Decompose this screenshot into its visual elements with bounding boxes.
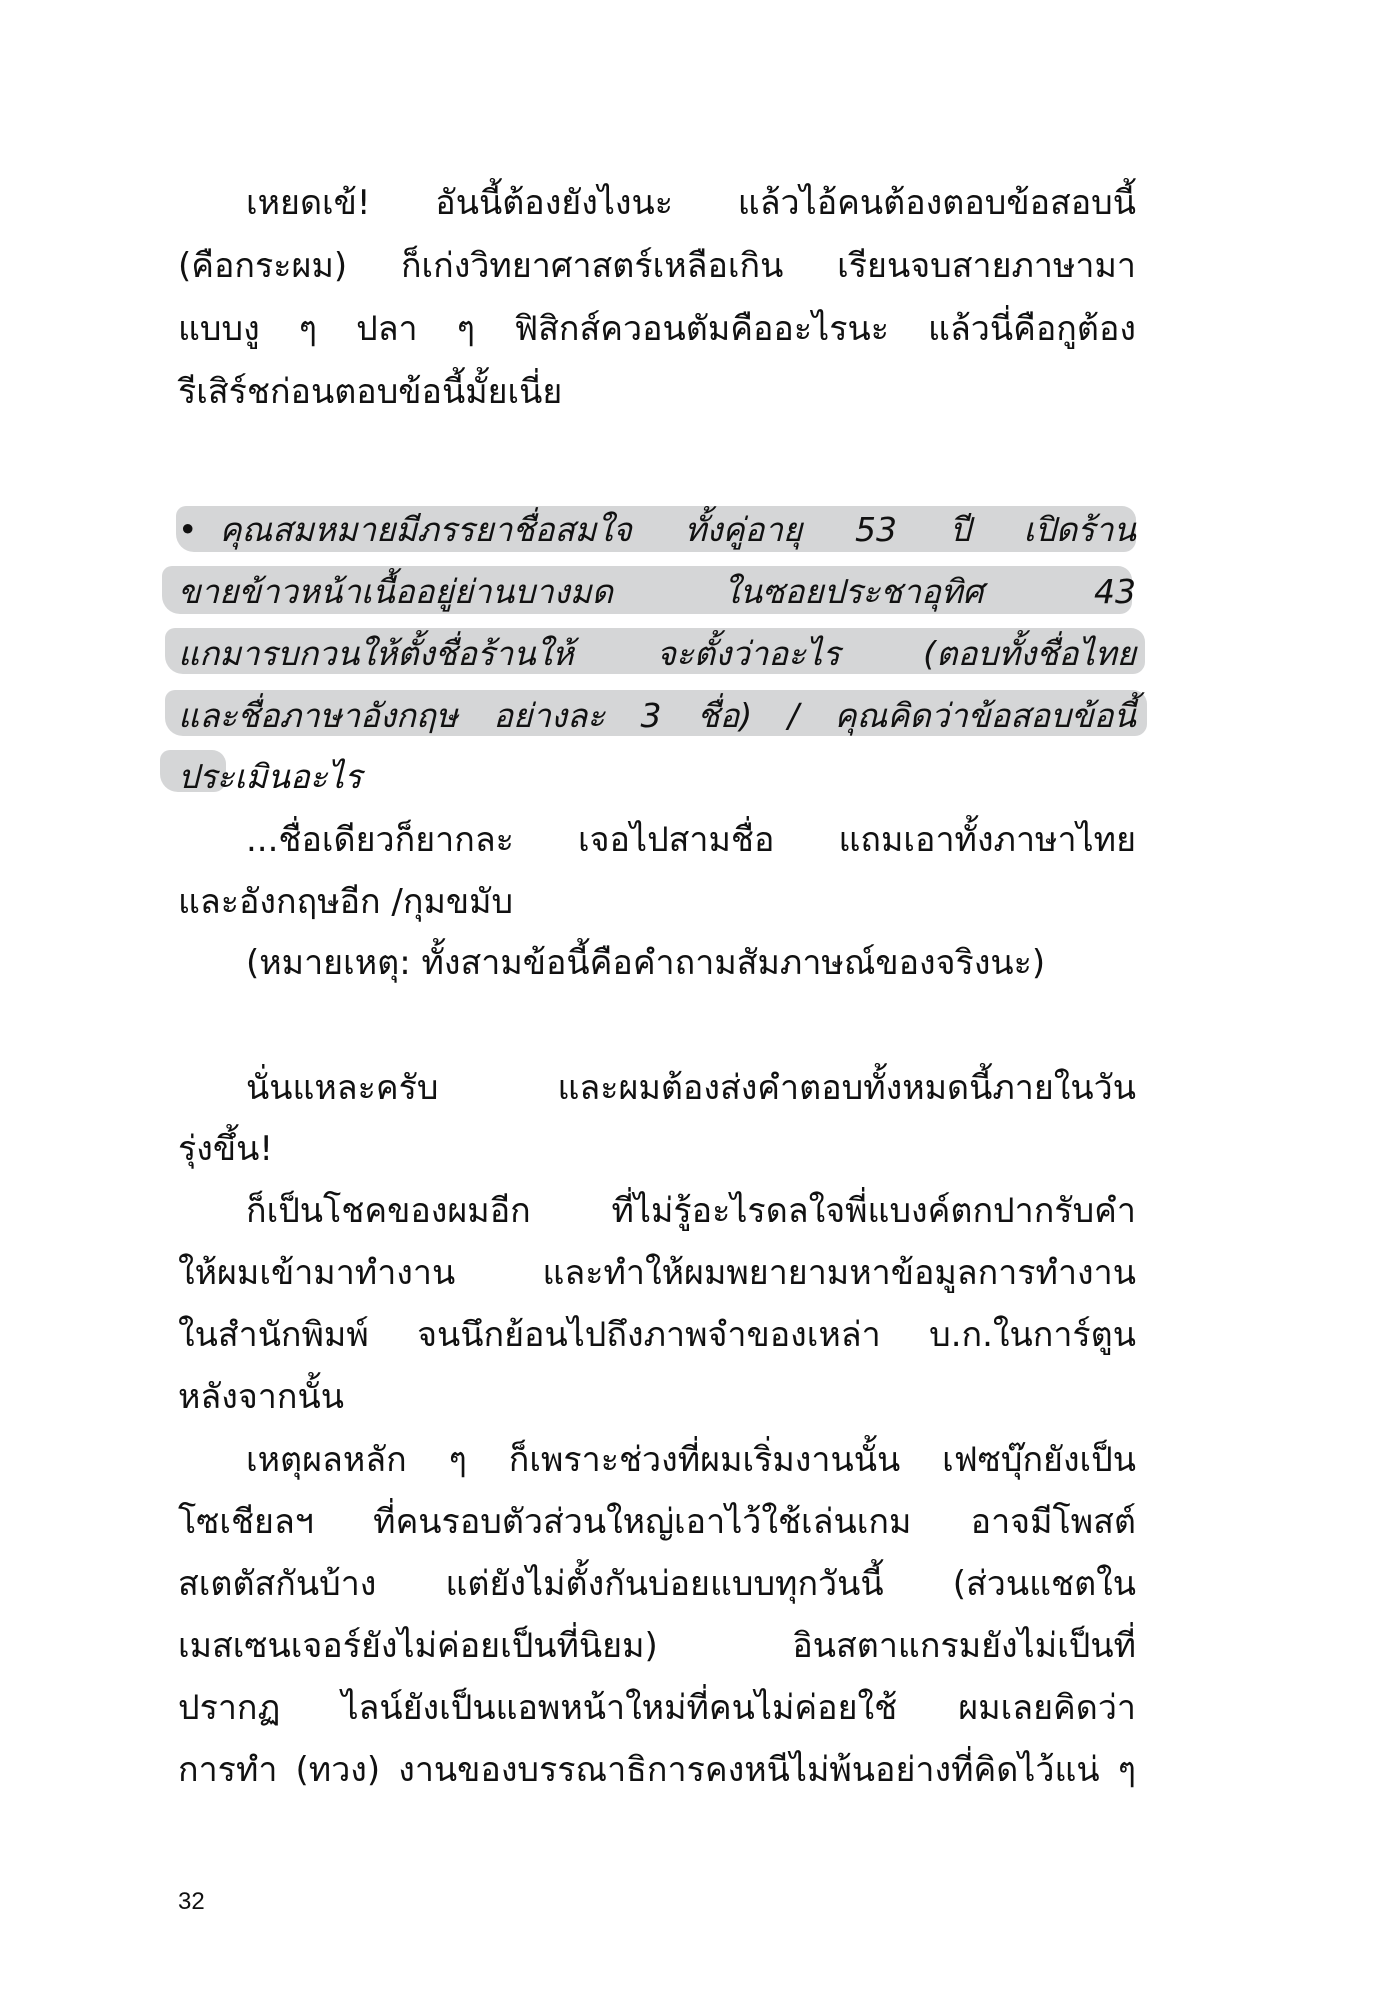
text-line: ในสำนักพิมพ์ จนนึกย้อนไปถึงภาพจำของเหล่า… xyxy=(178,1310,1136,1360)
text-line: แบบงู ๆ ปลา ๆ ฟิสิกส์ควอนตัมคืออะไรนะ แล… xyxy=(178,304,1136,354)
text-line: เหยดเข้! อันนี้ต้องยังไงนะ แล้วไอ้คนต้อง… xyxy=(246,178,1136,228)
text-line: ...ชื่อเดียวก็ยากละ เจอไปสามชื่อ แถมเอาท… xyxy=(246,815,1136,865)
text-line: ก็เป็นโชคของผมอีก ที่ไม่รู้อะไรดลใจพี่แบ… xyxy=(246,1186,1136,1236)
text-line: ให้ผมเข้ามาทำงาน และทำให้ผมพยายามหาข้อมู… xyxy=(178,1248,1136,1298)
text-line: นั่นแหละครับ และผมต้องส่งคำตอบทั้งหมดนี้… xyxy=(246,1063,1136,1113)
text-line: ปรากฏ ไลน์ยังเป็นแอพหน้าใหม่ที่คนไม่ค่อย… xyxy=(178,1683,1136,1733)
quote-line: •คุณสมหมายมีภรรยาชื่อสมใจ ทั้งคู่อายุ 53… xyxy=(178,505,1136,555)
text-line: สเตตัสกันบ้าง แต่ยังไม่ตั้งกันบ่อยแบบทุก… xyxy=(178,1559,1136,1609)
text-line: รุ่งขึ้น! xyxy=(178,1124,1136,1174)
text-line: รีเสิร์ชก่อนตอบข้อนี้มั้ยเนี่ย xyxy=(178,367,1136,417)
quote-text: คุณสมหมายมีภรรยาชื่อสมใจ ทั้งคู่อายุ 53 … xyxy=(219,510,1136,549)
quote-line: ขายข้าวหน้าเนื้ออยู่ย่านบางมด ในซอยประชา… xyxy=(178,567,1136,617)
text-line: การทำ (ทวง) งานของบรรณาธิการคงหนีไม่พ้นอ… xyxy=(178,1745,1136,1795)
page-number: 32 xyxy=(178,1888,205,1916)
text-line: หลังจากนั้น xyxy=(178,1372,1136,1422)
book-page: เหยดเข้! อันนี้ต้องยังไงนะ แล้วไอ้คนต้อง… xyxy=(0,0,1400,2016)
text-line: (คือกระผม) ก็เก่งวิทยาศาสตร์เหลือเกิน เร… xyxy=(178,241,1136,291)
quote-line: แกมารบกวนให้ตั้งชื่อร้านให้ จะตั้งว่าอะไ… xyxy=(178,629,1136,679)
text-line: และอังกฤษอีก /กุมขมับ xyxy=(178,877,1136,927)
text-line: โซเชียลฯ ที่คนรอบตัวส่วนใหญ่เอาไว้ใช้เล่… xyxy=(178,1497,1136,1547)
quote-line: ประเมินอะไร xyxy=(178,752,1136,802)
bullet-icon: • xyxy=(178,505,197,555)
quote-line: และชื่อภาษาอังกฤษ อย่างละ 3 ชื่อ) / คุณค… xyxy=(178,691,1136,741)
text-line: เหตุผลหลัก ๆ ก็เพราะช่วงที่ผมเริ่มงานนั้… xyxy=(246,1435,1136,1485)
text-line: เมสเซนเจอร์ยังไม่ค่อยเป็นที่นิยม) อินสตา… xyxy=(178,1621,1136,1671)
note-line: (หมายเหตุ: ทั้งสามข้อนี้คือคำถามสัมภาษณ์… xyxy=(246,938,1136,988)
